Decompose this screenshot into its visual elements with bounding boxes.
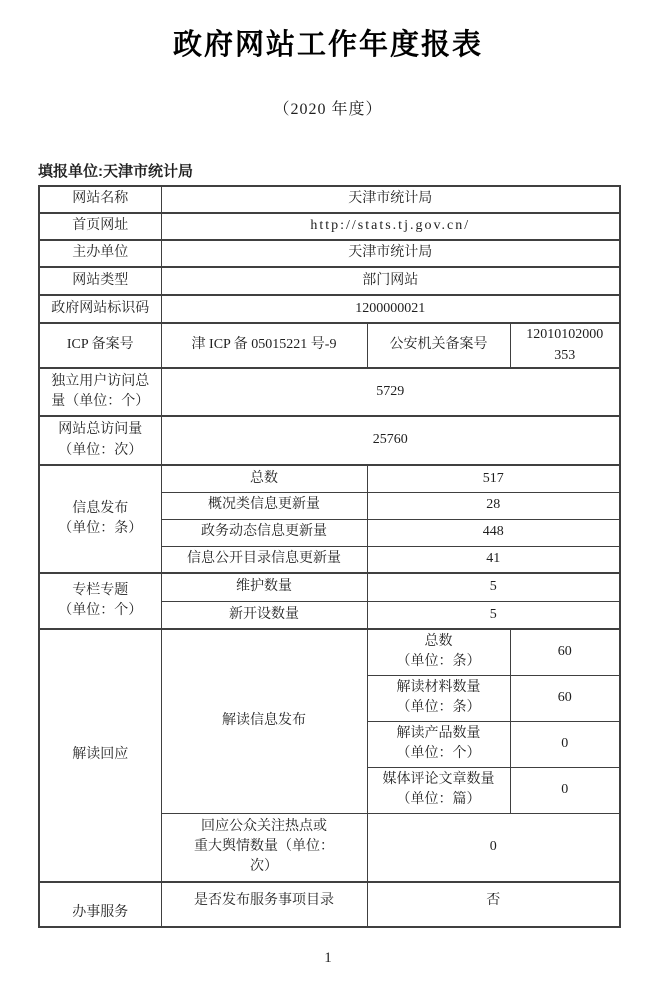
info-dynamic-label: 政务动态信息更新量 bbox=[161, 519, 367, 546]
info-catalog-label: 信息公开目录信息更新量 bbox=[161, 546, 367, 573]
unique-visitors-value: 5729 bbox=[161, 368, 620, 416]
table-row: 办事服务 是否发布服务事项目录 否 bbox=[39, 882, 620, 927]
reporting-unit: 填报单位:天津市统计局 bbox=[38, 160, 656, 181]
interp-total-label: 总数 （单位：条） bbox=[367, 629, 510, 675]
service-catalog-value: 否 bbox=[367, 882, 620, 927]
table-row: 首页网址 http://stats.tj.gov.cn/ bbox=[39, 213, 620, 240]
table-row: 网站类型 部门网站 bbox=[39, 267, 620, 295]
website-name-value: 天津市统计局 bbox=[161, 186, 620, 213]
info-overview-label: 概况类信息更新量 bbox=[161, 492, 367, 519]
table-row: 网站名称 天津市统计局 bbox=[39, 186, 620, 213]
hotspot-response-value: 0 bbox=[367, 813, 620, 882]
interp-product-label: 解读产品数量 （单位：个） bbox=[367, 721, 510, 767]
report-table: 网站名称 天津市统计局 首页网址 http://stats.tj.gov.cn/… bbox=[38, 185, 621, 928]
icp-value: 津 ICP 备 05015221 号-9 bbox=[161, 323, 367, 368]
table-row: ICP 备案号 津 ICP 备 05015221 号-9 公安机关备案号 120… bbox=[39, 323, 620, 368]
page-title: 政府网站工作年度报表 bbox=[0, 0, 656, 63]
table-row: 网站总访问量 （单位：次） 25760 bbox=[39, 416, 620, 465]
info-total-value: 517 bbox=[367, 465, 620, 492]
columns-maintained-value: 5 bbox=[367, 573, 620, 601]
total-visits-value: 25760 bbox=[161, 416, 620, 465]
table-row: 独立用户访问总 量（单位：个） 5729 bbox=[39, 368, 620, 416]
table-row: 政府网站标识码 1200000021 bbox=[39, 295, 620, 323]
interp-material-value: 60 bbox=[510, 675, 620, 721]
site-id-label: 政府网站标识码 bbox=[39, 295, 161, 323]
columns-new-label: 新开设数量 bbox=[161, 601, 367, 629]
organizer-value: 天津市统计局 bbox=[161, 240, 620, 267]
hotspot-response-label: 回应公众关注热点或 重大舆情数量（单位： 次） bbox=[161, 813, 367, 882]
info-overview-value: 28 bbox=[367, 492, 620, 519]
homepage-url-label: 首页网址 bbox=[39, 213, 161, 240]
report-page: 政府网站工作年度报表 （2020 年度） 填报单位:天津市统计局 网站名称 天津… bbox=[0, 0, 656, 990]
info-dynamic-value: 448 bbox=[367, 519, 620, 546]
homepage-url-value: http://stats.tj.gov.cn/ bbox=[161, 213, 620, 240]
services-label: 办事服务 bbox=[39, 882, 161, 927]
website-type-value: 部门网站 bbox=[161, 267, 620, 295]
columns-new-value: 5 bbox=[367, 601, 620, 629]
page-subtitle: （2020 年度） bbox=[0, 96, 656, 119]
table-row: 信息发布 （单位：条） 总数 517 bbox=[39, 465, 620, 492]
security-record-value: 12010102000 353 bbox=[510, 323, 620, 368]
special-columns-label: 专栏专题 （单位：个） bbox=[39, 573, 161, 629]
table-row: 主办单位 天津市统计局 bbox=[39, 240, 620, 267]
unique-visitors-label: 独立用户访问总 量（单位：个） bbox=[39, 368, 161, 416]
info-release-label: 信息发布 （单位：条） bbox=[39, 465, 161, 573]
interp-material-label: 解读材料数量 （单位：条） bbox=[367, 675, 510, 721]
interp-product-value: 0 bbox=[510, 721, 620, 767]
total-visits-label: 网站总访问量 （单位：次） bbox=[39, 416, 161, 465]
website-name-label: 网站名称 bbox=[39, 186, 161, 213]
interp-total-value: 60 bbox=[510, 629, 620, 675]
organizer-label: 主办单位 bbox=[39, 240, 161, 267]
table-row: 专栏专题 （单位：个） 维护数量 5 bbox=[39, 573, 620, 601]
icp-label: ICP 备案号 bbox=[39, 323, 161, 368]
interp-media-value: 0 bbox=[510, 767, 620, 813]
security-record-label: 公安机关备案号 bbox=[367, 323, 510, 368]
page-number: 1 bbox=[0, 950, 656, 967]
table-row: 解读回应 解读信息发布 总数 （单位：条） 60 bbox=[39, 629, 620, 675]
interpretation-label: 解读回应 bbox=[39, 629, 161, 882]
info-catalog-value: 41 bbox=[367, 546, 620, 573]
website-type-label: 网站类型 bbox=[39, 267, 161, 295]
info-total-label: 总数 bbox=[161, 465, 367, 492]
interp-media-label: 媒体评论文章数量 （单位：篇） bbox=[367, 767, 510, 813]
columns-maintained-label: 维护数量 bbox=[161, 573, 367, 601]
service-catalog-label: 是否发布服务事项目录 bbox=[161, 882, 367, 927]
interpretation-release-label: 解读信息发布 bbox=[161, 629, 367, 813]
site-id-value: 1200000021 bbox=[161, 295, 620, 323]
